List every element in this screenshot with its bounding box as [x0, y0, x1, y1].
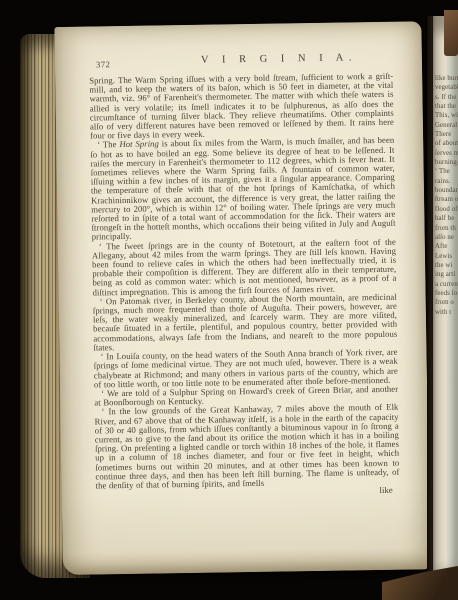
paragraph-warm-spring: Spring. The Warm Spring iſſues with a ve…	[89, 72, 394, 141]
facing-line-fragment: rains.	[435, 177, 458, 186]
facing-line-fragment: vegetabl	[435, 83, 458, 92]
facing-line-fragment: ſtream o	[435, 195, 458, 204]
facing-line-fragment: Afte	[435, 242, 458, 251]
facing-line-fragment: that the	[435, 102, 458, 111]
facing-page-edge: like burnvegetabls. If thethat theThis, …	[433, 16, 458, 584]
body-text: Spring. The Warm Spring iſſues with a ve…	[89, 72, 400, 500]
facing-line-fragment: Lewis	[435, 252, 458, 261]
facing-line-fragment: ing arti	[435, 270, 458, 279]
facing-line-fragment: the wi	[435, 261, 458, 270]
book-photo: 372 V I R G I N I A. Spring. The Warm Sp…	[0, 0, 458, 600]
leather-cover-corner	[382, 566, 458, 600]
facing-line-fragment: burning-	[435, 158, 458, 167]
paragraph-hot-spring: ‘ The Hot Spring is about ſix miles from…	[90, 136, 396, 242]
paragraph-sweet-springs: ‘ The ſweet ſprings are in the county of…	[92, 237, 397, 297]
page-number: 372	[96, 59, 111, 69]
facing-line-fragment: like burn	[435, 74, 458, 83]
facing-line-fragment: feeds ſo	[435, 289, 458, 298]
spine-corner	[444, 10, 458, 56]
facing-line-fragment: s. If the	[435, 93, 458, 102]
page-content: 372 V I R G I N I A. Spring. The Warm Sp…	[54, 21, 430, 575]
paragraph-patomak-springs: ‘ On Patomak river, in Berkeley county, …	[93, 293, 398, 353]
facing-line-fragment: There	[435, 130, 458, 139]
paragraph-burning-spring: ‘ In the low grounds of the Great Kanhaw…	[94, 403, 399, 491]
facing-line-fragment: a curren	[435, 280, 458, 289]
paragraph-text: is about ſix miles from the Warm, is muc…	[90, 135, 395, 242]
facing-line-fragment: flood of	[435, 205, 458, 214]
facing-page-text-fragments: like burnvegetabls. If thethat theThis, …	[433, 74, 458, 317]
facing-line-fragment: ‘ The	[435, 167, 458, 176]
facing-line-fragment: from o	[435, 298, 458, 307]
facing-line-fragment: boundar	[435, 186, 458, 195]
facing-line-fragment: alſo ne	[435, 233, 458, 242]
facing-line-fragment: from th	[435, 224, 458, 233]
facing-line-fragment: with t	[435, 308, 458, 317]
running-title: V I R G I N I A.	[201, 52, 357, 65]
facing-line-fragment: ſerves m	[435, 149, 458, 158]
facing-line-fragment: General	[435, 121, 458, 130]
facing-line-fragment: This, wit	[435, 111, 458, 120]
facing-line-fragment: half be	[435, 214, 458, 223]
facing-line-fragment: of about	[435, 139, 458, 148]
paragraph-louisa-springs: ‘ In Louiſa county, on the head waters o…	[94, 348, 399, 390]
page-header: 372 V I R G I N I A.	[89, 52, 393, 70]
book-page: 372 V I R G I N I A. Spring. The Warm Sp…	[54, 21, 430, 575]
